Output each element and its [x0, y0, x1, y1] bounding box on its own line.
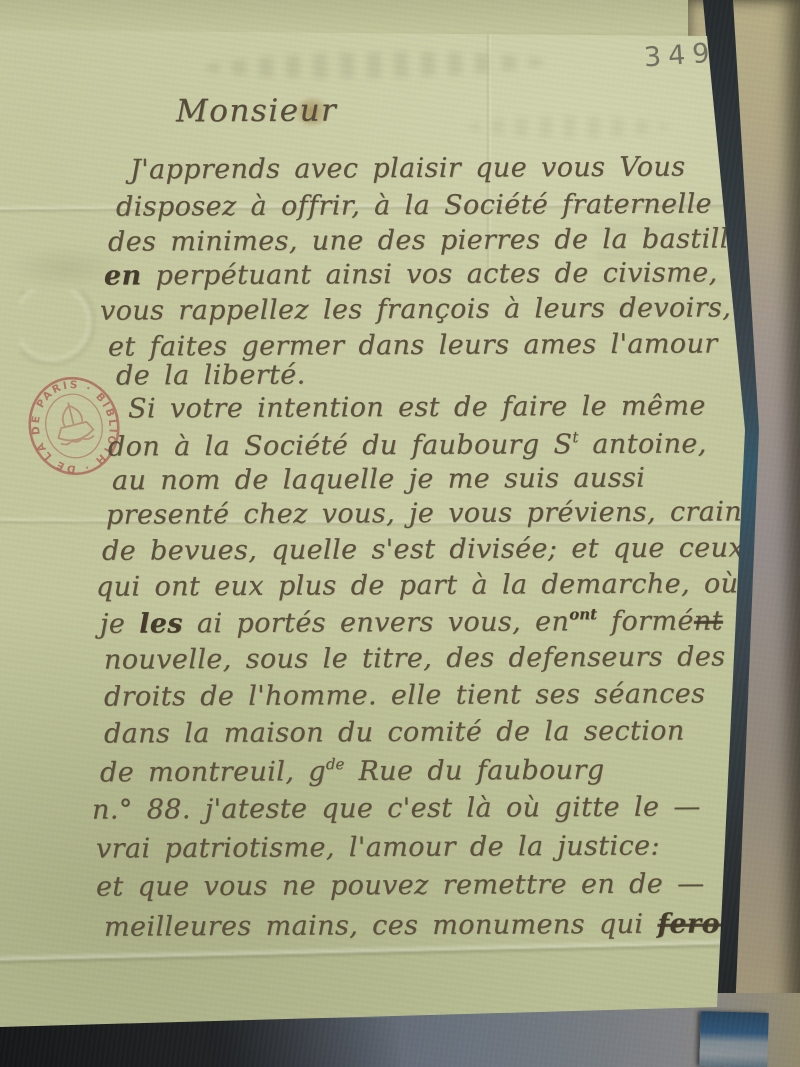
letter-line-text: Rue du faubourg: [344, 755, 604, 787]
superscript-letters: de: [326, 755, 345, 773]
letter-line: meilleures mains, ces monumens qui feron…: [104, 910, 753, 940]
salutation: Monsieur: [176, 96, 337, 128]
letter-line: presenté chez vous, je vous préviens, cr…: [106, 498, 770, 528]
shadow-wedge-bottom-left: [0, 1018, 400, 1067]
letter-line: vrai patriotisme, l'amour de la justice:: [96, 833, 660, 863]
letter-line: disposez à offrir, à la Société fraterne…: [116, 190, 753, 220]
letter-line: dans la maison du comité de la section: [104, 717, 685, 747]
struck-text: nt: [694, 606, 723, 637]
letter-line: de bevues, quelle s'est divisée; et que …: [102, 534, 786, 565]
letter-line: vous rappellez les françois à leurs devo…: [100, 294, 731, 324]
letter-line-text: antoine,: [578, 428, 707, 460]
letter-line-text: de montreuil, g: [100, 756, 326, 788]
show-through-writing: [205, 49, 545, 81]
letter-line: don à la Société du faubourg St antoine,: [108, 429, 707, 460]
blue-paper-bottom-right: [699, 1011, 768, 1067]
page-number: 349: [643, 38, 718, 74]
letter-line-text: don à la Société du faubourg S: [108, 429, 572, 462]
letter-line: de la liberté.: [116, 362, 306, 390]
letter-line: et faites germer dans leurs ames l'amour: [108, 330, 718, 360]
letter-line-text: je: [100, 609, 139, 640]
overwritten-word: les: [139, 608, 183, 639]
letter-line-text: meilleures mains, ces monumens qui: [104, 909, 658, 943]
letter-line: n.° 88. j'ateste que c'est là où gitte l…: [92, 793, 701, 823]
paris-ship-emblem: [51, 398, 96, 446]
letter-line: droits de l'homme. elle tient ses séance…: [104, 680, 705, 710]
overwritten-word: en: [104, 260, 142, 291]
letter-line-text: ai portés envers vous, en: [183, 606, 569, 639]
letter-line-text: perpétuant ainsi vos actes de civisme,: [142, 257, 718, 291]
letter-line: des minimes, une des pierres de la basti…: [108, 225, 754, 255]
letter-line: de montreuil, gde Rue du faubourg: [100, 756, 605, 787]
letter-line: et que vous ne pouvez remettre en de —: [96, 870, 705, 900]
letter-line: je les ai portés envers vous, enont form…: [100, 606, 789, 638]
superscript-correction: ont: [569, 605, 597, 623]
letter-line: qui ont eux plus de part à la demarche, …: [96, 570, 739, 600]
letter-line: nouvelle, sous le titre, des defenseurs …: [104, 643, 726, 673]
letter-line-text: formé: [597, 606, 694, 638]
letter-line: Si votre intention est de faire le même: [128, 392, 706, 422]
letter-line: au nom de laquelle je me suis aussi: [112, 465, 645, 495]
letter-line: en perpétuant ainsi vos actes de civisme…: [104, 259, 718, 289]
letter-line: J'apprends avec plaisir que vous Vous: [130, 154, 686, 184]
show-through-writing: [468, 116, 668, 138]
letter-page: 349 DE PARIS · BIBLIOTH · DE LA VILLE · …: [0, 0, 800, 1067]
embossed-seal-mark: [20, 290, 96, 366]
